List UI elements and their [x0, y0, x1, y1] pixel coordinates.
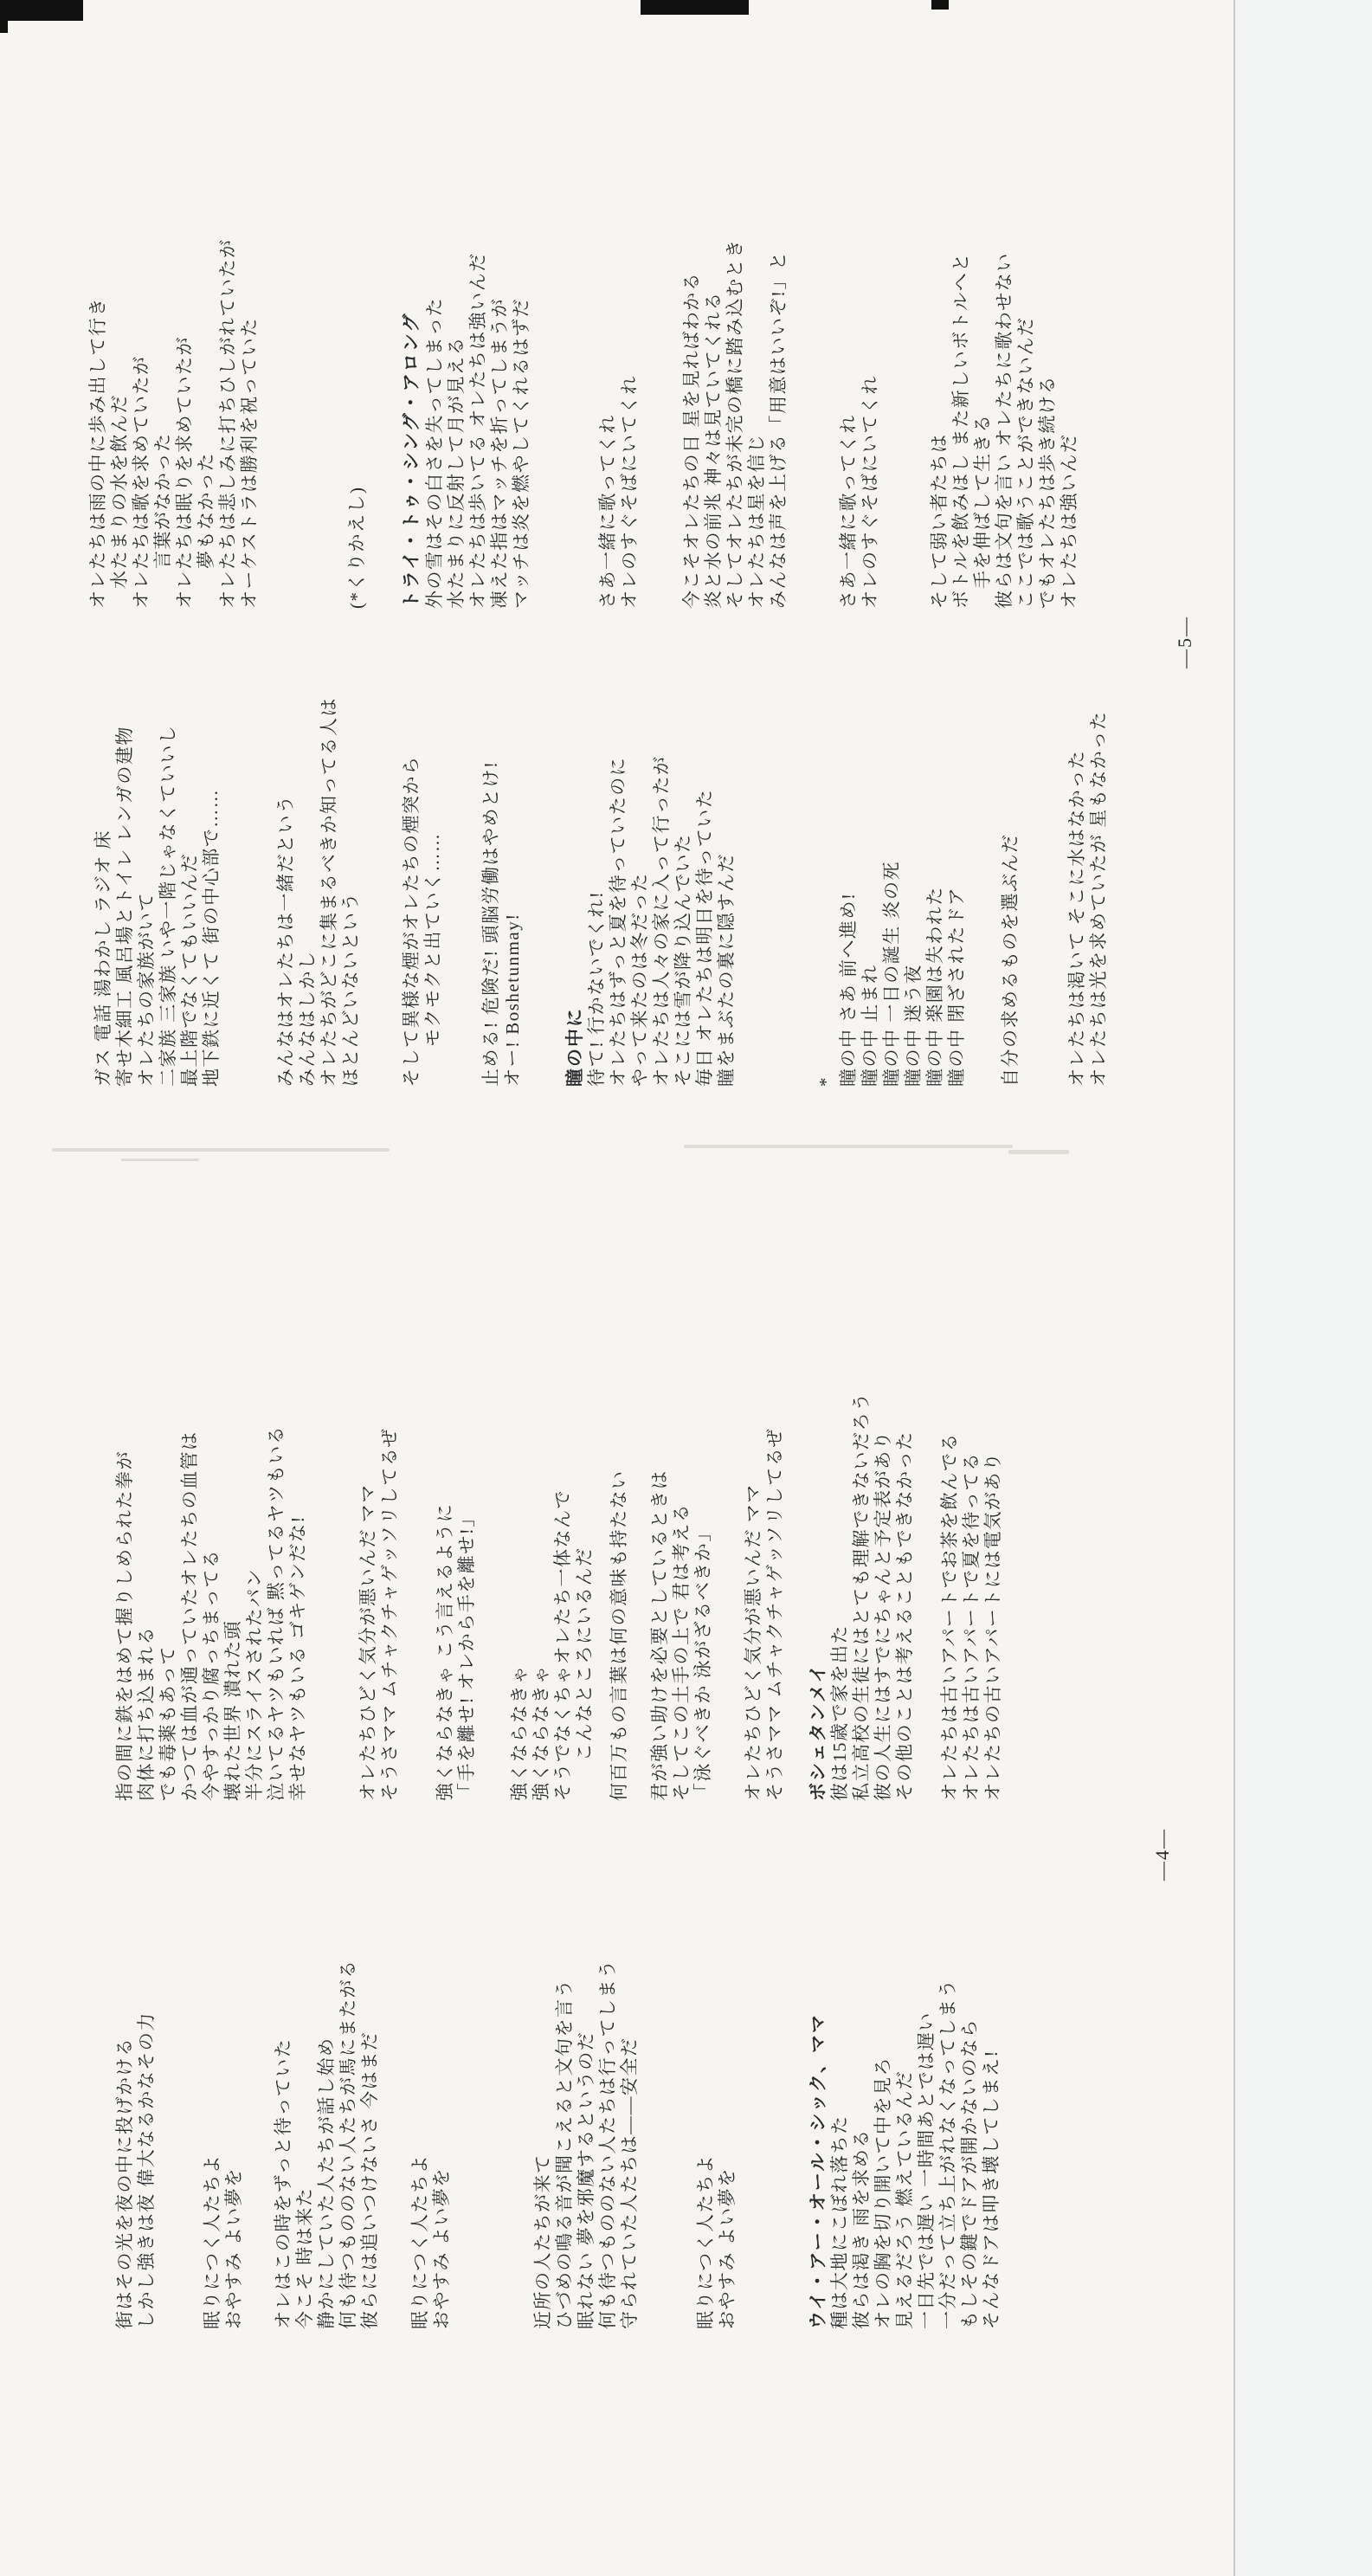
lyric-stanza: 種は大地にこぼれ落ちた彼らは渇き 雨を求めるオレの胸を切り開いて中を見ろ見えるだ…: [829, 1844, 916, 2329]
lyric-line: オレたちは歌を求めていたが: [131, 158, 152, 609]
lyric-line: 何百万もの言葉は何の意味も持たない: [609, 1333, 630, 1801]
page-edge-line: [1234, 0, 1235, 2576]
lyric-line: その他のことは考えることもできなかった: [894, 1333, 916, 1801]
lyric-stanza: みんなはオレたちは一緒だというみんなはしかしオレたちがどこに集まるべきか知ってる…: [275, 636, 362, 1087]
lyric-line: 彼らは文句を言い オレたちに歌わせない: [994, 158, 1015, 609]
lyric-line: ガス 電話 湯わかし ラジオ 床: [93, 636, 114, 1087]
scan-edge-mark: [931, 0, 949, 10]
lyric-line: 肉体に打ち込まれる: [136, 1333, 158, 1801]
lyric-stanza: ボシェタンメイ: [808, 1333, 829, 1801]
lyric-line: 水たまりに反射して月が見える: [446, 158, 467, 609]
song-title: ボシェタンメイ: [808, 1333, 829, 1801]
song-title: トライ・トゥ・シング・アロング: [401, 158, 422, 609]
scan-edge-mark: [641, 0, 749, 15]
lyric-stanza: 指の間に鉄をはめて握りしめられた拳が肉体に打ち込まれるでも毒薬もあってかつては血…: [114, 1333, 309, 1801]
lyric-stanza: 待て! 行かないでくれ!オレたちはずっと夏を待っていたのにやって来たのは冬だった…: [586, 636, 738, 1087]
lyric-line: (*くりかえし): [346, 158, 368, 609]
lyric-line: おやすみ よい夢を: [431, 1844, 453, 2329]
lyric-line: でもオレたちは歩き続ける: [1037, 158, 1059, 609]
lyric-line: さあ一緒に歌ってくれ: [838, 158, 860, 609]
page-number: —4—: [1151, 1791, 1182, 1881]
lyric-line: オレたちは古いアパートでお茶を飲んでる: [939, 1333, 961, 1801]
scanner-bed-strip: [1235, 0, 1372, 2576]
lyric-line: ほとんどいないという: [340, 636, 362, 1087]
lyric-line: みんなは声を上げる「用意はいいぞ!」と: [768, 158, 789, 609]
lyric-line: オレたちは光を求めていたが 星もなかった: [1088, 636, 1110, 1087]
lyric-line: 二家族 三家族 いや一階じゃなくていいし: [158, 636, 179, 1087]
lyric-line: 毎日 オレたちは明日を待っていた: [694, 636, 716, 1087]
lyric-line: そしてこの土手の上で 君は考える: [671, 1333, 692, 1801]
lyric-line: オレのすぐそばにいてくれ: [619, 158, 641, 609]
lyric-line: オレたちの古いアパートには電気があり: [982, 1333, 1004, 1801]
lyric-line: オレたちひどく気分が悪いんだ ママ: [743, 1333, 764, 1801]
lyric-line: 君が強い助けを必要としているときは: [649, 1333, 671, 1801]
lyric-line: オレたちはずっと夏を待っていたのに: [608, 636, 629, 1087]
lyric-stanza: さあ一緒に歌ってくれオレのすぐそばにいてくれ: [838, 158, 881, 609]
scan-edge-mark: [0, 0, 83, 21]
lyric-line: 「泳ぐべきか 泳がざるべきか」: [692, 1333, 714, 1801]
lyric-line: 瞳の中 閉ざされたドア: [946, 636, 968, 1087]
lyric-line: 一日先では遅い 一時間あとでは遅い: [916, 1844, 937, 2329]
scan-edge-mark: [0, 0, 8, 33]
lyric-line: 泣いてるヤツもいれば 黙ってるヤツもいる: [266, 1333, 287, 1801]
lyrics-column-page5-column2: オレたちは雨の中に歩み出して行き水たまりの水を飲んだオレたちは歌を求めていたが言…: [76, 158, 1098, 609]
lyric-line: そんなドアは叩き壊してしまえ!: [981, 1844, 1002, 2329]
lyric-line: 守られていた人たちは――安全だ: [619, 1844, 641, 2329]
song-title: 瞳の中に: [564, 636, 586, 1087]
lyric-line: オレたちは古いアパートで夏を待ってる: [961, 1333, 982, 1801]
song-title: ウイ・アー・オール・シック、ママ: [808, 1844, 829, 2329]
lyric-line: もしその鍵でドアが開かないのなら: [959, 1844, 981, 2329]
lyric-line: 「手を離せ! オレから手を離せ!」: [456, 1333, 478, 1801]
lyric-line: オレのすぐそばにいてくれ: [860, 158, 881, 609]
lyric-stanza: そして弱い者たちはボトルを飲みほし また新しいボトルへと手を伸ばして生きる彼らは…: [929, 158, 1080, 609]
scan-smudge: [121, 1159, 199, 1161]
lyric-line: 手を伸ばして生きる: [972, 158, 994, 609]
lyric-line: 眠れない 夢を邪魔するというのだ: [576, 1844, 597, 2329]
lyric-line: 近所の人たちが来て: [532, 1844, 554, 2329]
scan-smudge: [52, 1148, 390, 1152]
lyric-line: 瞳の中 止まれ: [860, 636, 881, 1087]
lyric-line: 街はその光を夜の中に投げかける: [114, 1844, 136, 2329]
lyric-line: オレたちは強いんだ: [1059, 158, 1080, 609]
lyric-line: 自分の求めるものを選ぶんだ: [1000, 636, 1021, 1087]
lyric-line: 今やすっかり腐っちまってる: [201, 1333, 222, 1801]
lyric-line: 眠りにつく人たちよ: [695, 1844, 717, 2329]
lyric-stanza: 強くならなきゃ こう言えるように「手を離せ! オレから手を離せ!」: [435, 1333, 478, 1801]
lyric-line: 眠りにつく人たちよ: [409, 1844, 431, 2329]
lyric-line: 私立高校の生徒にはとても理解できないだろう: [851, 1333, 873, 1801]
lyric-line: 彼らには追いつけないさ 今はまだ: [359, 1844, 381, 2329]
lyric-line: そしてオレたちが未完の橋に踏み込むとき: [725, 158, 746, 609]
lyric-line: 炎と水の前兆 神々は見ていてくれる: [703, 158, 725, 609]
lyric-line: オーケストラは勝利を祝っていた: [239, 158, 261, 609]
lyric-line: 地下鉄に近くて 街の中心部で……: [201, 636, 222, 1087]
lyric-stanza: 自分の求めるものを選ぶんだ: [1000, 636, 1021, 1087]
lyric-line: さあ一緒に歌ってくれ: [597, 158, 619, 609]
lyric-line: 何も待つもののない人たちが馬にまたがる: [338, 1844, 359, 2329]
lyric-stanza: 強くならなきゃ強くならなきゃそうでなくちゃオレたち一体なんでこんなところにいるん…: [509, 1333, 596, 1801]
lyric-stanza: オレたちひどく気分が悪いんだ ママそうさママ ムチャクチャゲッソリしてるぜ: [357, 1333, 401, 1801]
lyric-line: オレたちは歩いてる オレたちは強いんだ: [467, 158, 489, 609]
lyric-line: 凍えた指はマッチを折ってしまうが: [489, 158, 511, 609]
lyric-stanza: ガス 電話 湯わかし ラジオ 床寄せ木細工 風呂場とトイレ レンガの建物オレたち…: [93, 636, 222, 1087]
lyric-stanza: そして異様な煙がオレたちの煙突からモクモクと出ていく……: [401, 636, 444, 1087]
lyric-line: オレの胸を切り開いて中を見ろ: [873, 1844, 894, 2329]
lyric-line: 幸せなヤツもいる ゴキゲンだな!: [287, 1333, 309, 1801]
lyric-stanza: 瞳の中 さあ 前へ進め!瞳の中 止まれ瞳の中 一日の誕生 炎の死瞳の中 迷う夜瞳…: [838, 636, 968, 1087]
lyric-line: 外の雪はその白さを失ってしまった: [424, 158, 446, 609]
lyric-line: オレたちは星を信じ: [746, 158, 768, 609]
lyric-line: やって来たのは冬だった: [629, 636, 651, 1087]
lyric-line: オレたちは眠りを求めていたが: [174, 158, 196, 609]
lyric-stanza: 止める! 危険だ! 頭脳労働はやめとけ!オー! Boshetunmay!: [480, 636, 524, 1087]
lyric-stanza: オレたちは古いアパートでお茶を飲んでるオレたちは古いアパートで夏を待ってるオレた…: [939, 1333, 1004, 1801]
lyric-line: 見えるだろう 燃えているんだ: [894, 1844, 916, 2329]
lyric-line: オレたちひどく気分が悪いんだ ママ: [357, 1333, 379, 1801]
booklet-scan-canvas: 街はその光を夜の中に投げかけるしかし強きは夜 偉大なるかなその力眠りにつく人たち…: [0, 0, 1372, 2576]
lyric-line: 一分だって立ち上がれなくなってしまう: [937, 1844, 959, 2329]
lyric-line: オレたちは悲しみに打ちひしがれていたが: [217, 158, 239, 609]
lyric-line: そうでなくちゃオレたち一体なんで: [552, 1333, 574, 1801]
lyric-line: 最上階でなくてもいいんだ: [179, 636, 201, 1087]
lyric-line: ボトルを飲みほし また新しいボトルへと: [950, 158, 972, 609]
lyric-line: オレはこの時をずっと待っていた: [273, 1844, 294, 2329]
lyric-line: 何も待つもののない人たちは行ってしまう: [597, 1844, 619, 2329]
lyric-line: そして異様な煙がオレたちの煙突から: [401, 636, 422, 1087]
lyric-line: オレたちの家族がいて: [136, 636, 158, 1087]
lyric-stanza: トライ・トゥ・シング・アロング: [401, 158, 422, 609]
lyric-stanza: *: [815, 636, 837, 1087]
lyrics-column-page4-column2: 指の間に鉄をはめて握りしめられた拳が肉体に打ち込まれるでも毒薬もあってかつては血…: [103, 1333, 1021, 1801]
lyric-line: 水たまりの水を飲んだ: [109, 158, 131, 609]
lyric-line: 種は大地にこぼれ落ちた: [829, 1844, 851, 2329]
lyric-line: 強くならなきゃ こう言えるように: [435, 1333, 456, 1801]
lyric-line: 寄せ木細工 風呂場とトイレ レンガの建物: [114, 636, 136, 1087]
scan-smudge: [684, 1145, 1013, 1148]
lyric-stanza: 瞳の中に: [564, 636, 586, 1087]
lyric-stanza: 何百万もの言葉は何の意味も持たない: [609, 1333, 630, 1801]
lyric-stanza: 眠りにつく人たちよおやすみ よい夢を: [202, 1844, 245, 2329]
lyric-line: 指の間に鉄をはめて握りしめられた拳が: [114, 1333, 136, 1801]
lyric-line: オレたちは雨の中に歩み出して行き: [87, 158, 109, 609]
lyric-line: みんなはオレたちは一緒だという: [275, 636, 297, 1087]
lyric-line: 瞳をまぶたの裏に隠すんだ: [716, 636, 738, 1087]
lyric-line: 眠りにつく人たちよ: [202, 1844, 223, 2329]
lyric-line: ひづめの鳴る音が聞こえると文句を言う: [554, 1844, 576, 2329]
lyric-stanza: 近所の人たちが来てひづめの鳴る音が聞こえると文句を言う眠れない 夢を邪魔するとい…: [532, 1844, 641, 2329]
lyric-stanza: ウイ・アー・オール・シック、ママ: [808, 1844, 829, 2329]
lyric-line: 強くならなきゃ: [531, 1333, 552, 1801]
lyric-stanza: 君が強い助けを必要としているときはそしてこの土手の上で 君は考える「泳ぐべきか …: [649, 1333, 714, 1801]
lyric-line: モクモクと出ていく……: [422, 636, 444, 1087]
lyric-stanza: 眠りにつく人たちよおやすみ よい夢を: [409, 1844, 453, 2329]
lyric-line: 彼らは渇き 雨を求める: [851, 1844, 873, 2329]
lyric-line: かつては血が通っていたオレたちの血管は: [179, 1333, 201, 1801]
lyric-line: 止める! 危険だ! 頭脳労働はやめとけ!: [480, 636, 502, 1087]
lyric-line: 言葉がなかった: [152, 158, 174, 609]
lyric-line: 瞳の中 迷う夜: [903, 636, 924, 1087]
lyric-line: マッチは炎を燃やしてくれるはずだ: [511, 158, 532, 609]
lyric-stanza: オレはこの時をずっと待っていた今こそ 時は来た静かにしていた人たちが話し始め何も…: [273, 1844, 381, 2329]
lyric-stanza: 外の雪はその白さを失ってしまった水たまりに反射して月が見えるオレたちは歩いてる …: [424, 158, 532, 609]
lyric-stanza: 眠りにつく人たちよおやすみ よい夢を: [695, 1844, 738, 2329]
lyric-line: でも毒薬もあって: [158, 1333, 179, 1801]
lyric-stanza: 一日先では遅い 一時間あとでは遅い一分だって立ち上がれなくなってしまうもしその鍵…: [916, 1844, 1002, 2329]
lyrics-column-page5-column1: ガス 電話 湯わかし ラジオ 床寄せ木細工 風呂場とトイレ レンガの建物オレたち…: [81, 636, 1120, 1087]
lyric-stanza: 今こそオレたちの日 星を見ればわかる炎と水の前兆 神々は見ていてくれるそしてオレ…: [681, 158, 789, 609]
lyric-line: みんなはしかし: [297, 636, 319, 1087]
lyric-line: 瞳の中 一日の誕生 炎の死: [881, 636, 903, 1087]
lyric-line: そこには雪が降り込んでいた: [673, 636, 694, 1087]
lyric-line: そうさママ ムチャクチャゲッソリしてるぜ: [379, 1333, 401, 1801]
lyrics-column-page4-column1: 街はその光を夜の中に投げかけるしかし強きは夜 偉大なるかなその力眠りにつく人たち…: [103, 1844, 1021, 2329]
lyric-line: 夢もなかった: [196, 158, 217, 609]
lyric-line: オレたちは渇いて そこに水はなかった: [1066, 636, 1088, 1087]
lyric-line: 彼の人生にはすでにちゃんと予定表があり: [873, 1333, 894, 1801]
scan-smudge: [1008, 1150, 1069, 1154]
lyric-stanza: (*くりかえし): [346, 158, 368, 609]
lyric-line: 静かにしていた人たちが話し始め: [316, 1844, 338, 2329]
lyric-line: 今こそ 時は来た: [294, 1844, 316, 2329]
lyric-line: おやすみ よい夢を: [717, 1844, 738, 2329]
lyric-line: ここでは歌うことができないんだ: [1015, 158, 1037, 609]
lyric-line: そうさママ ムチャクチャゲッソリしてるぜ: [764, 1333, 786, 1801]
lyric-stanza: オレたちは渇いて そこに水はなかったオレたちは光を求めていたが 星もなかった: [1066, 636, 1110, 1087]
lyric-line: しかし強きは夜 偉大なるかなその力: [136, 1844, 158, 2329]
lyric-line: 壊れた世界 潰れた頭: [222, 1333, 244, 1801]
lyric-line: *: [815, 636, 837, 1087]
lyric-line: オレたちがどこに集まるべきか知ってる人は: [319, 636, 340, 1087]
lyric-line: 瞳の中 楽園は失われた: [924, 636, 946, 1087]
lyric-line: 待て! 行かないでくれ!: [586, 636, 608, 1087]
lyric-line: 半分にスライスされたパン: [244, 1333, 266, 1801]
lyric-stanza: 彼は15歳で家を出た私立高校の生徒にはとても理解できないだろう彼の人生にはすでに…: [829, 1333, 916, 1801]
lyric-line: 今こそオレたちの日 星を見ればわかる: [681, 158, 703, 609]
lyric-line: 強くならなきゃ: [509, 1333, 531, 1801]
lyric-line: 彼は15歳で家を出た: [829, 1333, 851, 1801]
page-number: —5—: [1174, 578, 1205, 668]
lyric-line: オレたちは人々の家に入って行ったが: [651, 636, 673, 1087]
lyric-line: 瞳の中 さあ 前へ進め!: [838, 636, 860, 1087]
lyric-line: こんなところにいるんだ: [574, 1333, 596, 1801]
lyric-stanza: 街はその光を夜の中に投げかけるしかし強きは夜 偉大なるかなその力: [114, 1844, 158, 2329]
lyric-line: おやすみ よい夢を: [223, 1844, 245, 2329]
lyric-stanza: オレたちは雨の中に歩み出して行き水たまりの水を飲んだオレたちは歌を求めていたが言…: [87, 158, 261, 609]
lyric-stanza: オレたちひどく気分が悪いんだ ママそうさママ ムチャクチャゲッソリしてるぜ: [743, 1333, 786, 1801]
lyric-line: そして弱い者たちは: [929, 158, 950, 609]
lyric-line: オー! Boshetunmay!: [502, 636, 524, 1087]
lyric-stanza: さあ一緒に歌ってくれオレのすぐそばにいてくれ: [597, 158, 641, 609]
